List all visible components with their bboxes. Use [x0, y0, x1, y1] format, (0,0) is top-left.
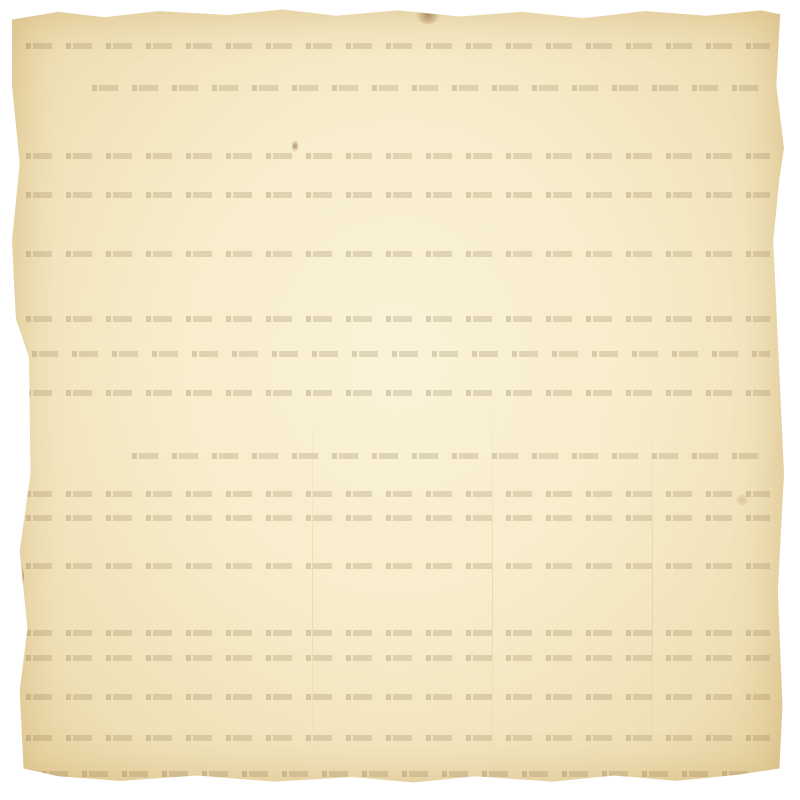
- text-line: [26, 251, 770, 257]
- text-line: [26, 694, 770, 700]
- text-line: [26, 491, 770, 497]
- text-line: [26, 563, 770, 569]
- text-line: [26, 192, 770, 198]
- small-stain: [292, 140, 298, 152]
- text-line: [26, 390, 770, 396]
- top-stain: [417, 6, 439, 24]
- text-line: [132, 453, 770, 459]
- aged-paper-sheet: [12, 8, 784, 784]
- text-line: [32, 351, 770, 357]
- text-line: [26, 515, 770, 521]
- text-line: [26, 735, 770, 741]
- text-line: [92, 85, 770, 91]
- text-line: [26, 630, 770, 636]
- crease: [492, 8, 493, 784]
- text-line: [26, 316, 770, 322]
- text-line: [26, 655, 770, 661]
- crease: [652, 8, 653, 784]
- text-line: [26, 153, 770, 159]
- crease: [312, 8, 313, 784]
- text-line: [42, 771, 770, 777]
- left-stain: [12, 563, 24, 591]
- paper-edge-shading: [12, 8, 784, 784]
- text-line: [26, 43, 770, 49]
